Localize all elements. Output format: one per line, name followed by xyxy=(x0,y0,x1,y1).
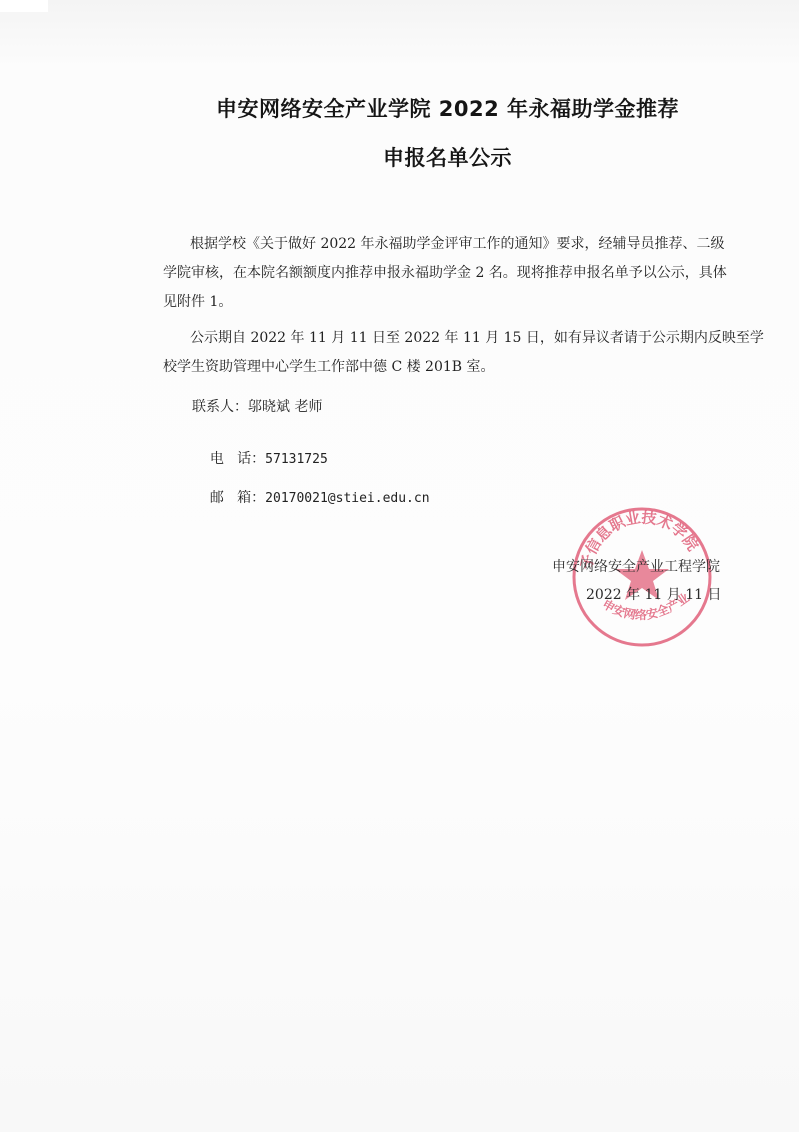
contact-email-value[interactable]: 20170021@stiei.edu.cn xyxy=(265,491,429,506)
contact-email: 邮 箱：20170021@stiei.edu.cn xyxy=(192,471,430,523)
signature-date: 2022 年 11 月 11 日 xyxy=(586,584,722,604)
document-page: 申安网络安全产业学院 2022 年永福助学金推荐 申报名单公示 根据学校《关于做… xyxy=(0,0,799,1132)
scan-edge xyxy=(0,0,48,12)
paragraph2-line2: 校学生资助管理中心学生工作部中德 C 楼 201B 室。 xyxy=(163,356,495,376)
official-seal-icon: 子信息职业技术学院 申安网络安全产业学院 xyxy=(570,505,715,650)
contact-phone-value: 57131725 xyxy=(265,452,328,467)
document-title-line1: 申安网络安全产业学院 2022 年永福助学金推荐 xyxy=(48,93,799,123)
paragraph1-line1: 根据学校《关于做好 2022 年永福助学金评审工作的通知》要求，经辅导员推荐、二… xyxy=(190,233,725,253)
paragraph1-line3: 见附件 1。 xyxy=(163,291,232,311)
contact-person-value: 邬晓斌 老师 xyxy=(248,399,322,415)
contact-person: 联系人：邬晓斌 老师 xyxy=(192,396,322,416)
document-title-line2: 申报名单公示 xyxy=(48,142,799,172)
contact-person-label: 联系人： xyxy=(192,396,248,416)
signature-organization: 申安网络安全产业工程学院 xyxy=(552,556,720,576)
paragraph2-line1: 公示期自 2022 年 11 月 11 日至 2022 年 11 月 15 日，… xyxy=(190,327,764,347)
contact-email-label: 邮 箱： xyxy=(210,487,265,507)
paragraph1-line2: 学院审核，在本院名额额度内推荐申报永福助学金 2 名。现将推荐申报名单予以公示，… xyxy=(163,262,727,282)
contact-phone-label: 电 话： xyxy=(210,448,265,468)
